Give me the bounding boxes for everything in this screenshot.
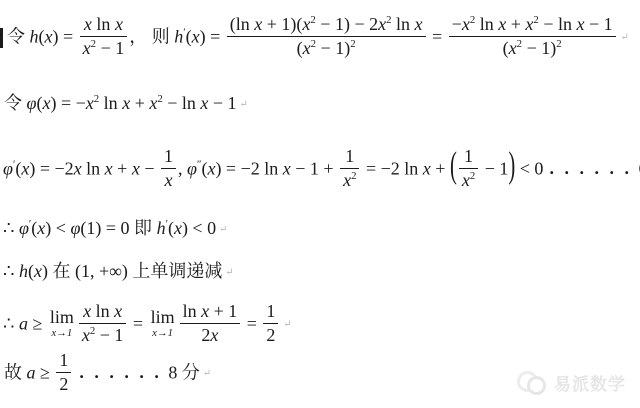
fraction: 1x2 — [340, 146, 359, 190]
limit-operator: limx→1 — [151, 308, 175, 339]
formula-line-1: 令 h(x) = x ln xx2 − 1， 则 h′(x) = (ln x +… — [0, 16, 629, 60]
formula-line-2: 令 φ(x) = −x2 ln x + x2 − ln x − 1↵ — [4, 92, 248, 115]
watermark-circle-icon — [527, 376, 546, 395]
formula-line-6: ∴ a ≥ limx→1x ln xx2 − 1 = limx→1ln x + … — [3, 303, 292, 347]
watermark-text: 易派数学 — [554, 370, 626, 395]
fraction: −x2 ln x + x2 − ln x − 1(x2 − 1)2 — [449, 14, 616, 58]
limit-operator: limx→1 — [50, 308, 74, 339]
fraction: (ln x + 1)(x2 − 1) − 2x2 ln x(x2 − 1)2 — [227, 14, 426, 58]
formula-line-5: ∴ h(x) 在 (1, +∞) 上单调递减↵ — [3, 260, 234, 283]
watermark: 易派数学 — [517, 369, 626, 395]
fraction: 1x2 — [459, 146, 478, 190]
formula-line-3: φ′(x) = −2x ln x + x − 1x, φ″(x) = −2 ln… — [3, 148, 640, 192]
fraction: 12 — [263, 301, 278, 345]
fraction: ln x + 12x — [180, 301, 241, 345]
fraction: 12 — [56, 350, 71, 394]
fraction: x ln xx2 − 1 — [80, 14, 128, 58]
fraction: x ln xx2 − 1 — [79, 301, 127, 345]
formula-line-4: ∴ φ′(x) < φ(1) = 0 即 h′(x) < 0↵ — [3, 217, 227, 240]
math-solution-document: 令 h(x) = x ln xx2 − 1， 则 h′(x) = (ln x +… — [0, 0, 640, 408]
formula-line-7: 故 a ≥ 12. . . . . . 8 分↵ — [4, 352, 211, 396]
fraction: 1x — [161, 146, 176, 190]
watermark-logo-icon — [517, 369, 547, 395]
